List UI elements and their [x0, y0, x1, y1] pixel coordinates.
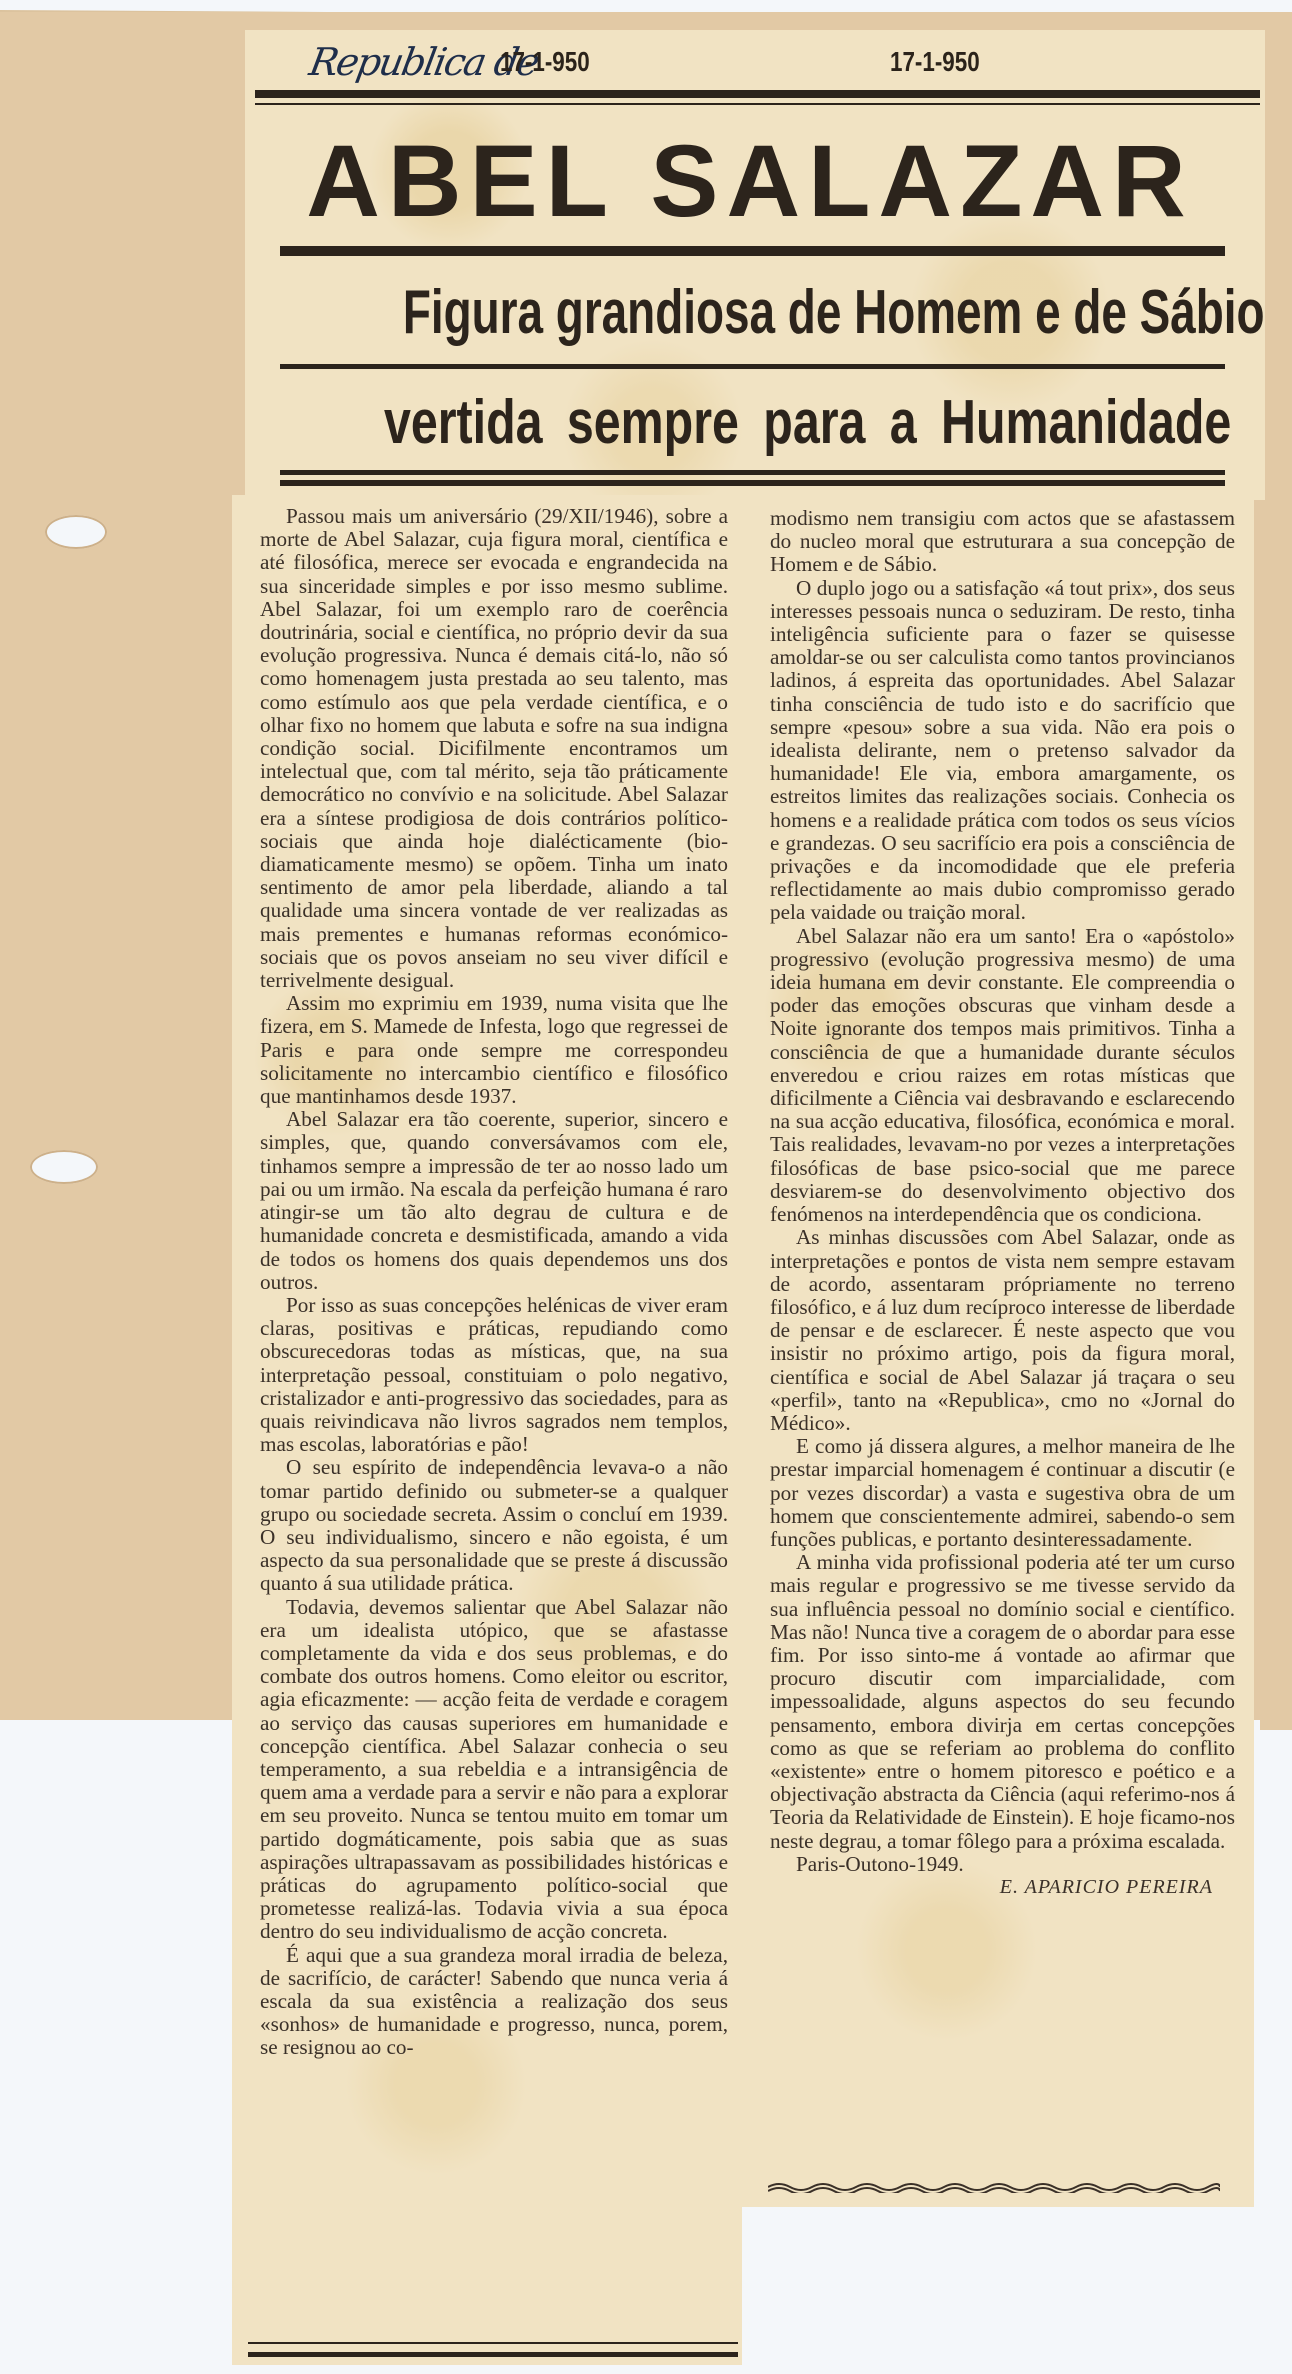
paragraph: E como já dissera algures, a melhor mane…	[770, 1435, 1235, 1551]
punch-hole-bottom	[30, 1150, 98, 1184]
headline-rule	[280, 246, 1225, 256]
masthead-rule-thin	[255, 103, 1260, 105]
paragraph: Passou mais um aniversário (29/XII/1946)…	[260, 505, 728, 992]
dateline: Paris-Outono-1949.	[770, 1853, 1235, 1876]
paragraph: Abel Salazar não era um santo! Era o «ap…	[770, 925, 1235, 1227]
wavy-end-rule	[768, 2181, 1220, 2193]
subheadline-rule	[280, 364, 1225, 369]
article-right-column: modismo nem transigiu com actos que se a…	[770, 507, 1235, 1899]
paragraph: Abel Salazar era tão coerente, superior,…	[260, 1108, 728, 1294]
headline: ABEL SALAZAR	[280, 130, 1220, 232]
subheadline-1: Figura grandiosa de Homem e de Sábio	[403, 282, 1102, 344]
article-left-column: Passou mais um aniversário (29/XII/1946)…	[260, 505, 728, 2060]
paragraph: Assim mo exprimiu em 1939, numa visita q…	[260, 992, 728, 1108]
handwritten-date: 17-1-950	[500, 46, 590, 78]
paragraph: modismo nem transigiu com actos que se a…	[770, 507, 1235, 577]
paragraph: O seu espírito de independência levava-o…	[260, 1456, 728, 1595]
masthead-rule	[255, 90, 1260, 98]
paragraph: É aqui que a sua grandeza moral irradia …	[260, 1944, 728, 2060]
header-double-rule-top	[280, 470, 1225, 475]
paragraph: O duplo jogo ou a satisfação «á tout pri…	[770, 577, 1235, 925]
printed-date: 17-1-950	[890, 46, 980, 78]
paragraph: Por isso as suas concepções helénicas de…	[260, 1294, 728, 1456]
subheadline-2: vertida sempre para a Humanidade	[384, 392, 1121, 454]
header-double-rule-bottom	[280, 480, 1225, 486]
paragraph: Todavia, devemos salientar que Abel Sala…	[260, 1596, 728, 1944]
column-end-rule-thick	[248, 2352, 738, 2357]
masthead: Republica de 17-1-950 17-1-950	[310, 40, 1210, 80]
paragraph: A minha vida profissional poderia até te…	[770, 1551, 1235, 1853]
paragraph: As minhas discussões com Abel Salazar, o…	[770, 1226, 1235, 1435]
column-end-rule-thin	[248, 2342, 738, 2344]
punch-hole-top	[45, 515, 107, 549]
author-signature: E. APARICIO PEREIRA	[770, 1876, 1235, 1899]
